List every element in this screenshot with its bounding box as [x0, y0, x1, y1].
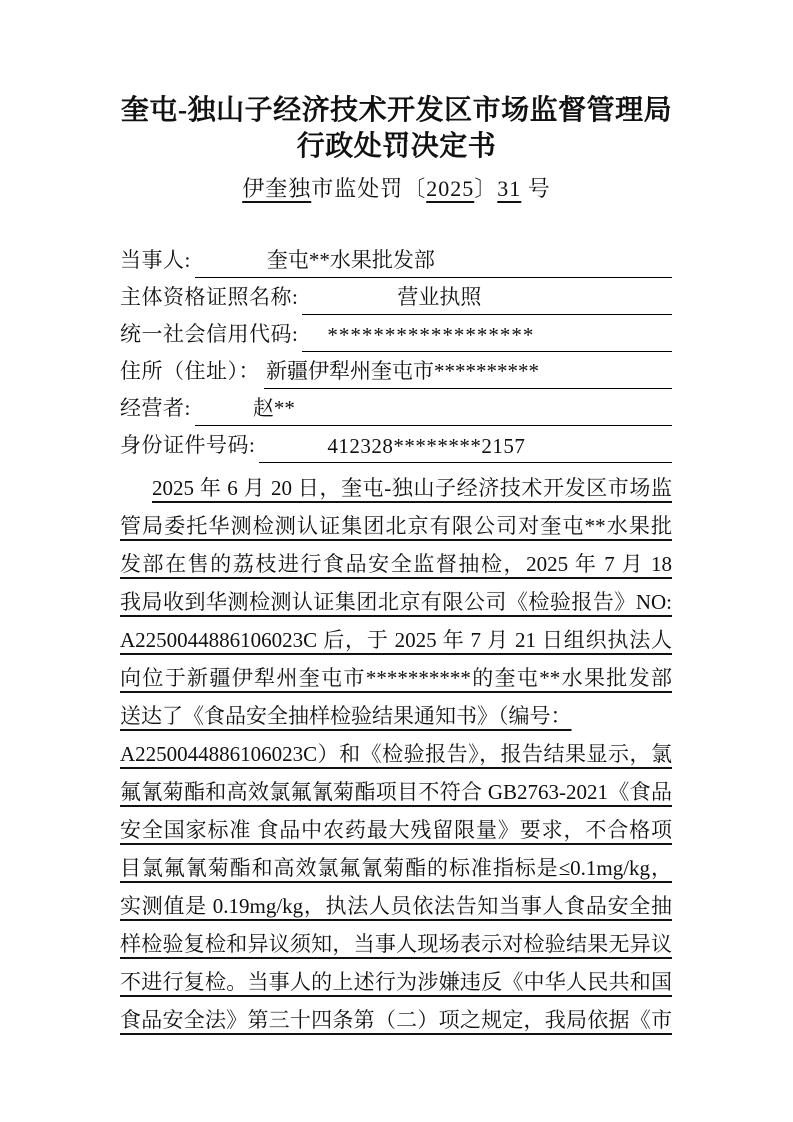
field-underline-license-name: 营业执照: [302, 281, 672, 315]
body-line-text: 氟氰菊酯和高效氯氟氰菊酯项目不符合 GB2763-2021《食品: [120, 780, 672, 804]
body-line: 向位于新疆伊犁州奎屯市**********的奎屯**水果批发部: [120, 659, 672, 697]
body-line: 管局委托华测检测认证集团北京有限公司对奎屯**水果批: [120, 507, 672, 545]
field-value-id-number: 412328********2157: [259, 434, 525, 459]
body-line: 不进行复检。当事人的上述行为涉嫌违反《中华人民共和国: [120, 963, 672, 1001]
doc-number-suffix: 号: [521, 176, 551, 201]
body-line: 样检验复检和异议须知，当事人现场表示对检验结果无异议: [120, 925, 672, 963]
decision-body-paragraph: 2025 年 6 月 20 日，奎屯-独山子经济技术开发区市场监 管局委托华测检…: [120, 469, 672, 1039]
field-label-license-name: 主体资格证照名称:: [120, 281, 298, 315]
body-line: 发部在售的荔枝进行食品安全监督抽检，2025 年 7 月 18 日，: [120, 545, 672, 583]
field-row-credit-code: 统一社会信用代码: ******************: [120, 315, 672, 352]
body-line: 2025 年 6 月 20 日，奎屯-独山子经济技术开发区市场监: [120, 469, 672, 507]
field-value-license-name: 营业执照: [302, 281, 481, 311]
field-label-credit-code: 统一社会信用代码:: [120, 318, 298, 352]
field-underline-address: 新疆伊犁州奎屯市**********: [264, 355, 672, 389]
field-row-id-number: 身份证件号码: 412328********2157: [120, 426, 672, 463]
body-line-text: 样检验复检和异议须知，当事人现场表示对检验结果无异议: [120, 932, 672, 956]
body-line: A2250044886106023C 后，于 2025 年 7 月 21 日组织…: [120, 621, 672, 659]
body-line-text: 送达了《食品安全抽样检验结果通知书》（编号：: [120, 704, 572, 728]
body-line-text: 管局委托华测检测认证集团北京有限公司对奎屯**水果批: [120, 514, 672, 538]
penalty-decision-document-page: 奎屯-独山子经济技术开发区市场监督管理局 行政处罚决定书 伊奎独市监处罚〔202…: [0, 0, 793, 1122]
body-line-text: A2250044886106023C）和《检验报告》，报告结果显示，氯: [120, 742, 672, 766]
body-line: 安全国家标准 食品中农药最大残留限量》要求，不合格项: [120, 811, 672, 849]
field-row-operator: 经营者: 赵**: [120, 389, 672, 426]
field-row-address: 住所（住址）： 新疆伊犁州奎屯市**********: [120, 352, 672, 389]
party-info-fields: 当事人: 奎屯**水果批发部 主体资格证照名称: 营业执照 统一社会信用代码: …: [120, 241, 672, 463]
document-title-line-1: 奎屯-独山子经济技术开发区市场监督管理局: [0, 93, 793, 129]
doc-number-serial: 31: [497, 176, 521, 201]
doc-number-mid: 市监处罚〔: [311, 176, 426, 201]
field-value-party-name: 奎屯**水果批发部: [195, 244, 435, 274]
body-line-text: A2250044886106023C 后，于 2025 年 7 月 21 日组织…: [120, 628, 672, 659]
field-label-id-number: 身份证件号码:: [120, 429, 255, 463]
body-line: 我局收到华测检测认证集团北京有限公司《检验报告》NO:: [120, 583, 672, 621]
body-line-text: 实测值是 0.19mg/kg，执法人员依法告知当事人食品安全抽: [120, 894, 672, 918]
body-line-text: 食品安全法》第三十四条第（二）项之规定，我局依据《市: [120, 1008, 672, 1032]
field-label-operator: 经营者:: [120, 392, 191, 426]
document-title-line-2: 行政处罚决定书: [0, 129, 793, 165]
field-underline-operator: 赵**: [195, 392, 672, 426]
body-line-text: 安全国家标准 食品中农药最大残留限量》要求，不合格项: [120, 818, 672, 842]
field-row-party-name: 当事人: 奎屯**水果批发部: [120, 241, 672, 278]
body-line-text: 不进行复检。当事人的上述行为涉嫌违反《中华人民共和国: [120, 970, 672, 994]
field-underline-party-name: 奎屯**水果批发部: [195, 244, 672, 278]
body-line-text: 我局收到华测检测认证集团北京有限公司《检验报告》NO:: [120, 590, 672, 614]
field-underline-credit-code: ******************: [302, 323, 672, 352]
doc-number-close-bracket: 〕: [474, 176, 497, 201]
field-value-address: 新疆伊犁州奎屯市**********: [264, 355, 539, 385]
body-line-text: 发部在售的荔枝进行食品安全监督抽检，2025 年 7 月 18 日，: [120, 552, 672, 583]
body-line: A2250044886106023C）和《检验报告》，报告结果显示，氯: [120, 735, 672, 773]
document-number: 伊奎独市监处罚〔2025〕31 号: [0, 174, 793, 204]
document-title: 奎屯-独山子经济技术开发区市场监督管理局 行政处罚决定书: [0, 93, 793, 165]
body-line: 氟氰菊酯和高效氯氟氰菊酯项目不符合 GB2763-2021《食品: [120, 773, 672, 811]
body-line: 送达了《食品安全抽样检验结果通知书》（编号：: [120, 697, 672, 735]
field-row-license-name: 主体资格证照名称: 营业执照: [120, 278, 672, 315]
body-line: 目氯氟氰菊酯和高效氯氟氰菊酯的标准指标是≤0.1mg/kg，: [120, 849, 672, 887]
doc-number-year: 2025: [426, 176, 474, 201]
body-line: 实测值是 0.19mg/kg，执法人员依法告知当事人食品安全抽: [120, 887, 672, 925]
body-line-text: 向位于新疆伊犁州奎屯市**********的奎屯**水果批发部: [120, 666, 672, 690]
field-value-credit-code: ******************: [302, 323, 534, 348]
field-label-address: 住所（住址）：: [120, 355, 260, 389]
body-line-text: 目氯氟氰菊酯和高效氯氟氰菊酯的标准指标是≤0.1mg/kg，: [120, 856, 672, 880]
body-line-text: 2025 年 6 月 20 日，奎屯-独山子经济技术开发区市场监: [152, 476, 672, 500]
field-label-party-name: 当事人:: [120, 244, 191, 278]
body-line: 食品安全法》第三十四条第（二）项之规定，我局依据《市: [120, 1001, 672, 1039]
doc-number-agency: 伊奎独: [242, 176, 311, 201]
field-underline-id-number: 412328********2157: [259, 434, 672, 463]
field-value-operator: 赵**: [195, 392, 295, 422]
